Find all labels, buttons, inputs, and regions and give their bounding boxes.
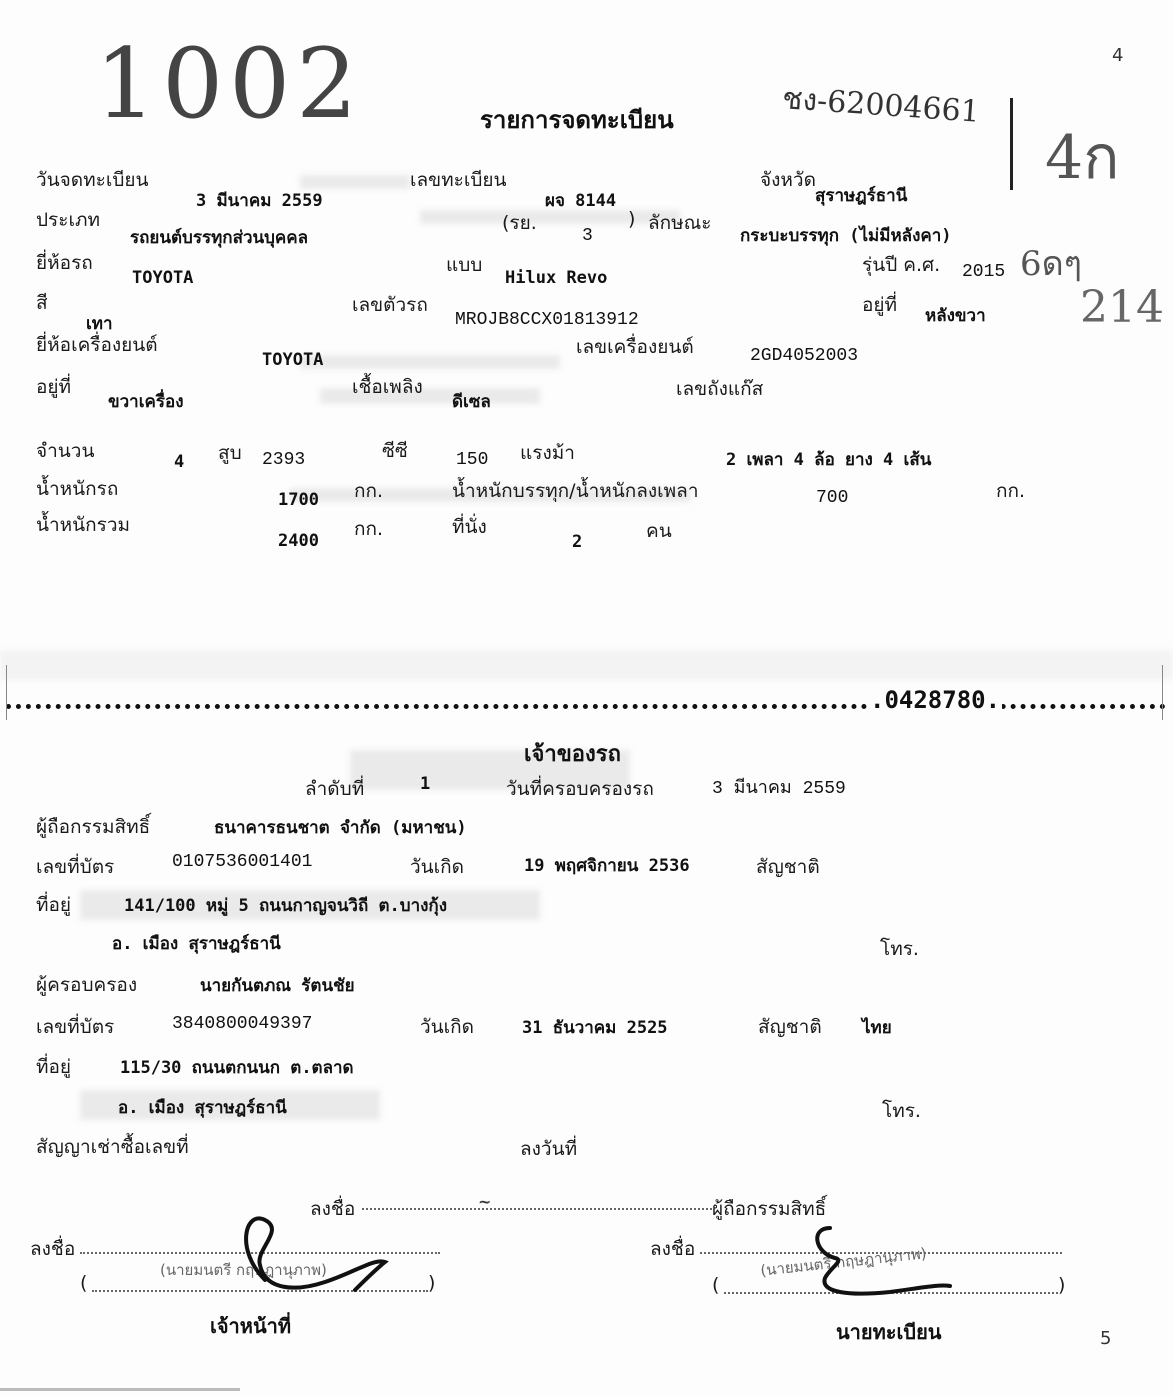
displacement-unit: ซีซี	[382, 436, 408, 466]
registrar-signature	[790, 1218, 960, 1308]
registrar-sign-label: ลงชื่อ	[650, 1234, 695, 1264]
seats-unit: คน	[646, 516, 672, 546]
style-label: ลักษณะ	[648, 208, 712, 238]
holder-id-label: เลขที่บัตร	[36, 852, 114, 882]
reg-date: 3 มีนาคม 2559	[196, 187, 323, 214]
horsepower-unit: แรงม้า	[520, 438, 575, 468]
possession-date: 3 มีนาคม 2559	[712, 772, 846, 801]
displacement: 2393	[262, 450, 305, 470]
gross-weight: 2400	[278, 531, 319, 551]
cylinders-unit: สูบ	[218, 438, 242, 468]
plate-number: ผจ 8144	[545, 187, 616, 214]
holder-dob: 19 พฤศจิกายน 2536	[524, 852, 690, 879]
holder-name: ธนาคารธนชาต จำกัด (มหาชน)	[214, 814, 467, 841]
color-label: สี	[36, 288, 48, 318]
holder-address-line2: อ. เมือง สุราษฎร์ธานี	[112, 930, 281, 957]
fuel: ดีเซล	[452, 388, 491, 415]
possessor-id: 3840800049397	[172, 1014, 312, 1034]
vin-location-label: อยู่ที่	[862, 290, 897, 320]
engine-brand: TOYOTA	[262, 350, 323, 370]
model-label: แบบ	[446, 250, 482, 280]
load-label: น้ำหนักบรรทุก/น้ำหนักลงเพลา	[452, 476, 699, 506]
officer-signature	[225, 1210, 395, 1300]
brand-label: ยี่ห้อรถ	[36, 248, 93, 278]
engine-location: ขวาเครื่อง	[108, 388, 184, 415]
reg-date-label: วันจดทะเบียน	[36, 165, 149, 195]
engine-brand-label: ยี่ห้อเครื่องยนต์	[36, 330, 158, 360]
registrar-paren-close: )	[1058, 1274, 1065, 1296]
fuel-label: เชื้อเพลิง	[352, 372, 423, 402]
handwritten-note: 6ดๆ	[1020, 236, 1082, 290]
possessor-tel-label: โทร.	[882, 1096, 921, 1126]
handwritten-reference: ชง-62004661	[781, 75, 982, 136]
gas-tank-label: เลขถังแก๊ส	[676, 374, 763, 404]
vin-location: หลังขวา	[925, 302, 986, 329]
handwritten-number: 1002	[95, 28, 363, 140]
holder-nationality-label: สัญชาติ	[756, 852, 820, 882]
possessor-id-label: เลขที่บัตร	[36, 1012, 114, 1042]
vehicle-style: กระบะบรรทุก (ไม่มีหลังคา)	[740, 222, 952, 249]
engine-number: 2GD4052003	[750, 346, 858, 366]
holder-id: 0107536001401	[172, 852, 312, 872]
hire-purchase-label: สัญญาเช่าซื้อเลขที่	[36, 1132, 189, 1162]
model: Hilux Revo	[505, 268, 607, 288]
handwritten-note: 214	[1080, 282, 1164, 333]
sequence-label: ลำดับที่	[305, 774, 364, 804]
holder-signature: ~	[478, 1192, 491, 1211]
hire-date-label: ลงวันที่	[520, 1134, 577, 1164]
registrar-role: นายทะเบียน	[836, 1316, 941, 1348]
ry-close: )	[628, 208, 635, 230]
seats: 2	[572, 532, 582, 552]
province: สุราษฎร์ธานี	[815, 182, 907, 209]
possessor-nationality-label: สัญชาติ	[758, 1012, 822, 1042]
possessor-address-label: ที่อยู่	[36, 1052, 71, 1082]
possessor-nationality: ไทย	[862, 1014, 892, 1041]
plate-label: เลขทะเบียน	[410, 165, 507, 195]
page-number-bottom: 5	[1100, 1328, 1111, 1349]
holder-dob-label: วันเกิด	[410, 852, 464, 882]
holder-label: ผู้ถือกรรมสิทธิ์	[36, 812, 150, 842]
seats-label: ที่นั่ง	[452, 512, 487, 542]
possessor-dob: 31 ธันวาคม 2525	[522, 1014, 668, 1041]
vin-label: เลขตัวรถ	[352, 290, 428, 320]
vin: MROJB8CCX01813912	[455, 310, 639, 330]
possessor-address-line1: 115/30 ถนนตกนนก ต.ตลาด	[120, 1054, 354, 1081]
serial-number: .0428780.	[868, 686, 1002, 714]
owner-title: เจ้าของรถ	[524, 736, 621, 771]
holder-tel-label: โทร.	[880, 934, 919, 964]
vehicle-weight: 1700	[278, 490, 319, 510]
registration-title: รายการจดทะเบียน	[480, 100, 674, 139]
page-edge-mark	[1162, 665, 1163, 720]
load-weight: 700	[816, 488, 848, 508]
page-edge-mark	[6, 665, 7, 720]
page-number-top: 4	[1112, 45, 1123, 66]
weight-label: น้ำหนักรถ	[36, 474, 118, 504]
model-year: 2015	[962, 262, 1005, 282]
year-label: รุ่นปี ค.ศ.	[862, 250, 940, 280]
holder-sign-line	[362, 1208, 712, 1210]
holder-address-label: ที่อยู่	[36, 890, 71, 920]
horsepower: 150	[456, 450, 488, 470]
officer-paren-open: (	[80, 1272, 87, 1294]
handwritten-note: 4ก	[1045, 110, 1120, 205]
officer-sign-label: ลงชื่อ	[30, 1234, 75, 1264]
brand: TOYOTA	[132, 268, 193, 288]
possession-date-label: วันที่ครอบครองรถ	[506, 774, 654, 804]
vehicle-type: รถยนต์บรรทุกส่วนบุคคล	[130, 224, 308, 251]
axles-wheels: 2 เพลา 4 ล้อ ยาง 4 เส้น	[726, 446, 931, 473]
officer-paren-close: )	[428, 1272, 435, 1294]
kg-unit: กก.	[354, 476, 383, 506]
scan-smudge	[0, 650, 1173, 680]
possessor-dob-label: วันเกิด	[420, 1012, 474, 1042]
ry-value: 3	[582, 226, 593, 246]
engine-location-label: อยู่ที่	[36, 372, 71, 402]
province-label: จังหวัด	[760, 165, 816, 195]
cylinders: 4	[174, 452, 184, 472]
sequence: 1	[420, 774, 430, 794]
engine-no-label: เลขเครื่องยนต์	[576, 332, 694, 362]
cylinders-label: จำนวน	[36, 436, 94, 466]
officer-role: เจ้าหน้าที่	[210, 1310, 291, 1342]
possessor-address-line2: อ. เมือง สุราษฎร์ธานี	[118, 1094, 287, 1121]
holder-address-line1: 141/100 หมู่ 5 ถนนกาญจนวิถี ต.บางกุ้ง	[124, 892, 447, 919]
scan-smudge	[300, 355, 560, 369]
gross-weight-label: น้ำหนักรวม	[36, 510, 130, 540]
type-label: ประเภท	[36, 205, 100, 235]
page-bottom-edge	[0, 1388, 240, 1391]
possessor-label: ผู้ครอบครอง	[36, 970, 137, 1000]
possessor-name: นายกันตภณ รัตนชัย	[200, 972, 355, 999]
handwritten-stroke	[1010, 98, 1013, 190]
registrar-paren-open: (	[712, 1274, 719, 1296]
kg-unit: กก.	[354, 514, 383, 544]
kg-unit: กก.	[996, 476, 1025, 506]
ry-label: (รย.	[502, 208, 537, 238]
